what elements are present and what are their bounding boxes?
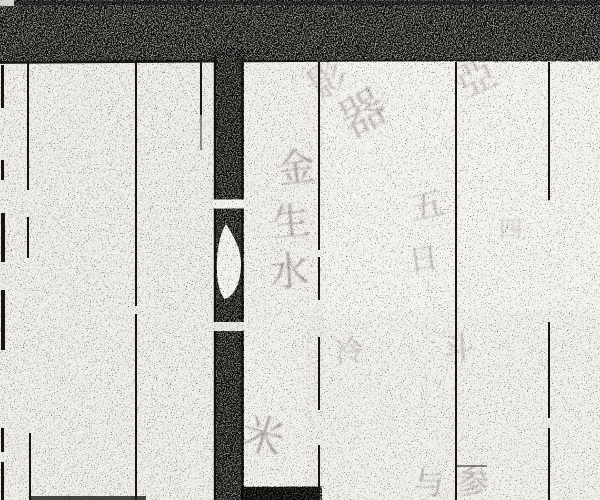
column-rule [548, 322, 550, 418]
column-rule [318, 445, 320, 496]
page-edge-rule [1, 290, 5, 350]
left-gray-wash [0, 60, 215, 500]
column-rule [200, 62, 202, 115]
page-edge-rule [1, 213, 5, 262]
faint-character: 五 [408, 186, 447, 225]
column-rule [318, 337, 320, 410]
column-rule [548, 428, 550, 500]
faint-character: 水 [268, 251, 311, 294]
gutter-white-gap-upper [214, 200, 245, 209]
gutter-left-edge-rule [214, 57, 216, 500]
column-rule [455, 62, 457, 500]
scanned-document-page: 影 器 亞 金 生 水 五 日 四 冷 斗 米 与 参 [0, 0, 600, 500]
column-rule [135, 62, 137, 306]
gutter-highlight-comma [217, 224, 241, 299]
faint-character: 四 [499, 219, 522, 242]
faint-character: 参 [454, 464, 491, 500]
faint-character: 金 [275, 147, 317, 189]
band-corner-notch [0, 0, 14, 6]
column-rule [135, 314, 137, 500]
column-rule [29, 433, 31, 500]
column-rule [318, 257, 320, 300]
column-rule [27, 63, 29, 190]
faint-character: 与 [414, 470, 444, 500]
band-top-streak [0, 1, 600, 5]
faint-character: 斗 [442, 333, 476, 367]
faint-character: 米 [237, 411, 290, 464]
bottom-edge-strip [30, 496, 146, 500]
page-edge-rule [1, 428, 4, 452]
column-rule [200, 115, 202, 150]
page-edge-rule [1, 160, 4, 180]
grid-top-rule [0, 57, 600, 64]
stray-horizontal-mark [457, 465, 487, 467]
column-rule [27, 217, 29, 258]
page-edge-rule [1, 65, 4, 108]
gutter-foot [243, 487, 320, 500]
faint-character: 生 [270, 201, 311, 242]
page-edge-rule [1, 462, 4, 500]
top-noise-band [0, 0, 600, 60]
faint-character: 日 [407, 243, 440, 276]
gutter-white-gap-lower [214, 322, 245, 331]
column-rule [548, 62, 550, 200]
gutter-shadow-bar [214, 57, 245, 500]
faint-character: 冷 [333, 335, 366, 368]
column-rule [318, 62, 320, 250]
